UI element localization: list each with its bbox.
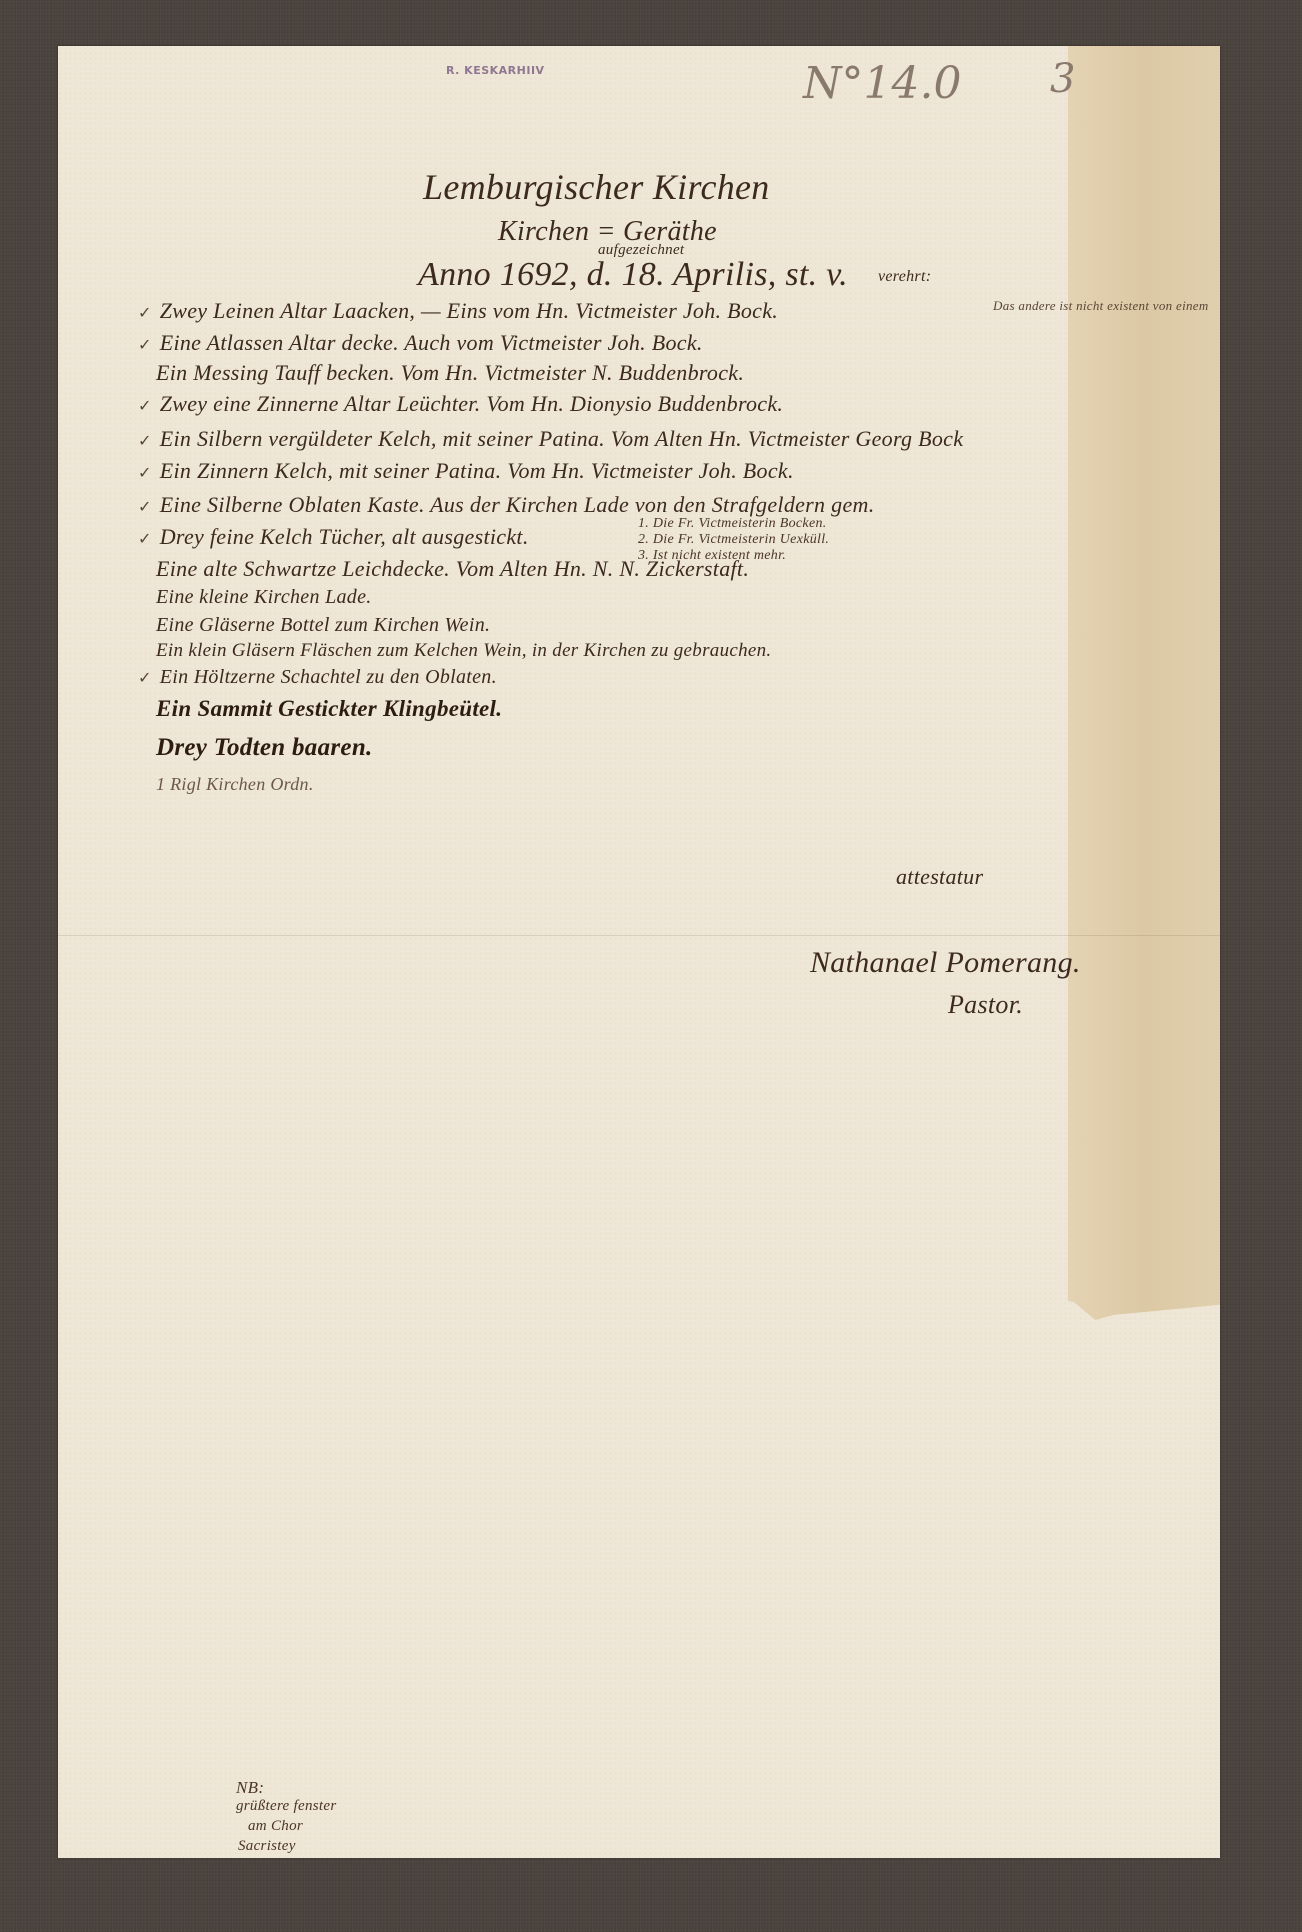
paper-overlay-strip [1068,46,1220,1320]
inventory-item: ✓Ein Silbern vergüldeter Kelch, mit sein… [138,426,963,452]
folio-page: 3 [1050,56,1075,102]
title-date: Anno 1692, d. 18. Aprilis, st. v. [418,256,848,294]
inventory-item: Eine alte Schwartze Leichdecke. Vom Alte… [156,556,749,582]
folio-number: N°14.0 [803,58,961,109]
nb-label: NB: [236,1778,264,1798]
check-mark-icon: ✓ [138,305,152,322]
margin-note: Das andere ist nicht existent von einem [993,298,1213,314]
inventory-item: ✓Zwey Leinen Altar Laacken, — Eins vom H… [138,298,778,324]
margin-heading: verehrt: [878,268,931,286]
nb-line-1: grüßtere fenster [236,1798,336,1815]
inventory-item: 1 Rigl Kirchen Ordn. [156,774,314,795]
nb-line-3: Sacristey [238,1838,296,1855]
title-line-1: Lemburgischer Kirchen [423,166,770,208]
check-mark-icon: ✓ [138,433,152,450]
inventory-item: Eine Gläserne Bottel zum Kirchen Wein. [156,614,490,637]
archive-stamp: R. KESKARHIIV [446,64,545,77]
signature-role: Pastor. [948,990,1023,1020]
fold-line [58,935,1220,936]
inventory-item: ✓Zwey eine Zinnerne Altar Leüchter. Vom … [138,391,783,417]
inventory-item: Drey Todten baaren. [156,734,373,762]
check-mark-icon: ✓ [138,670,152,687]
inventory-item: Eine kleine Kirchen Lade. [156,586,372,609]
inventory-item: ✓Eine Atlassen Altar decke. Auch vom Vic… [138,330,703,356]
manuscript-page: R. KESKARHIIV N°14.0 3 Lemburgischer Kir… [58,46,1220,1858]
check-mark-icon: ✓ [138,499,152,516]
check-mark-icon: ✓ [138,398,152,415]
sub-note-1: 1. Die Fr. Victmeisterin Bocken. [638,516,827,532]
inventory-item: ✓Ein Höltzerne Schachtel zu den Oblaten. [138,666,497,689]
check-mark-icon: ✓ [138,531,152,548]
signature-name: Nathanael Pomerang. [810,946,1081,980]
inventory-item: ✓Eine Silberne Oblaten Kaste. Aus der Ki… [138,492,875,518]
sub-note-2: 2. Die Fr. Victmeisterin Uexküll. [638,532,829,548]
inventory-item: Ein Messing Tauff becken. Vom Hn. Victme… [156,360,744,386]
inventory-item: Ein klein Gläsern Fläschen zum Kelchen W… [156,640,772,662]
inventory-item: ✓Ein Zinnern Kelch, mit seiner Patina. V… [138,458,794,484]
inventory-item: Ein Sammit Gestickter Klingbeütel. [156,696,502,722]
check-mark-icon: ✓ [138,337,152,354]
nb-line-2: am Chor [248,1818,303,1835]
inventory-item: ✓Drey feine Kelch Tücher, alt ausgestick… [138,524,529,550]
attestation-label: attestatur [896,864,983,890]
check-mark-icon: ✓ [138,465,152,482]
